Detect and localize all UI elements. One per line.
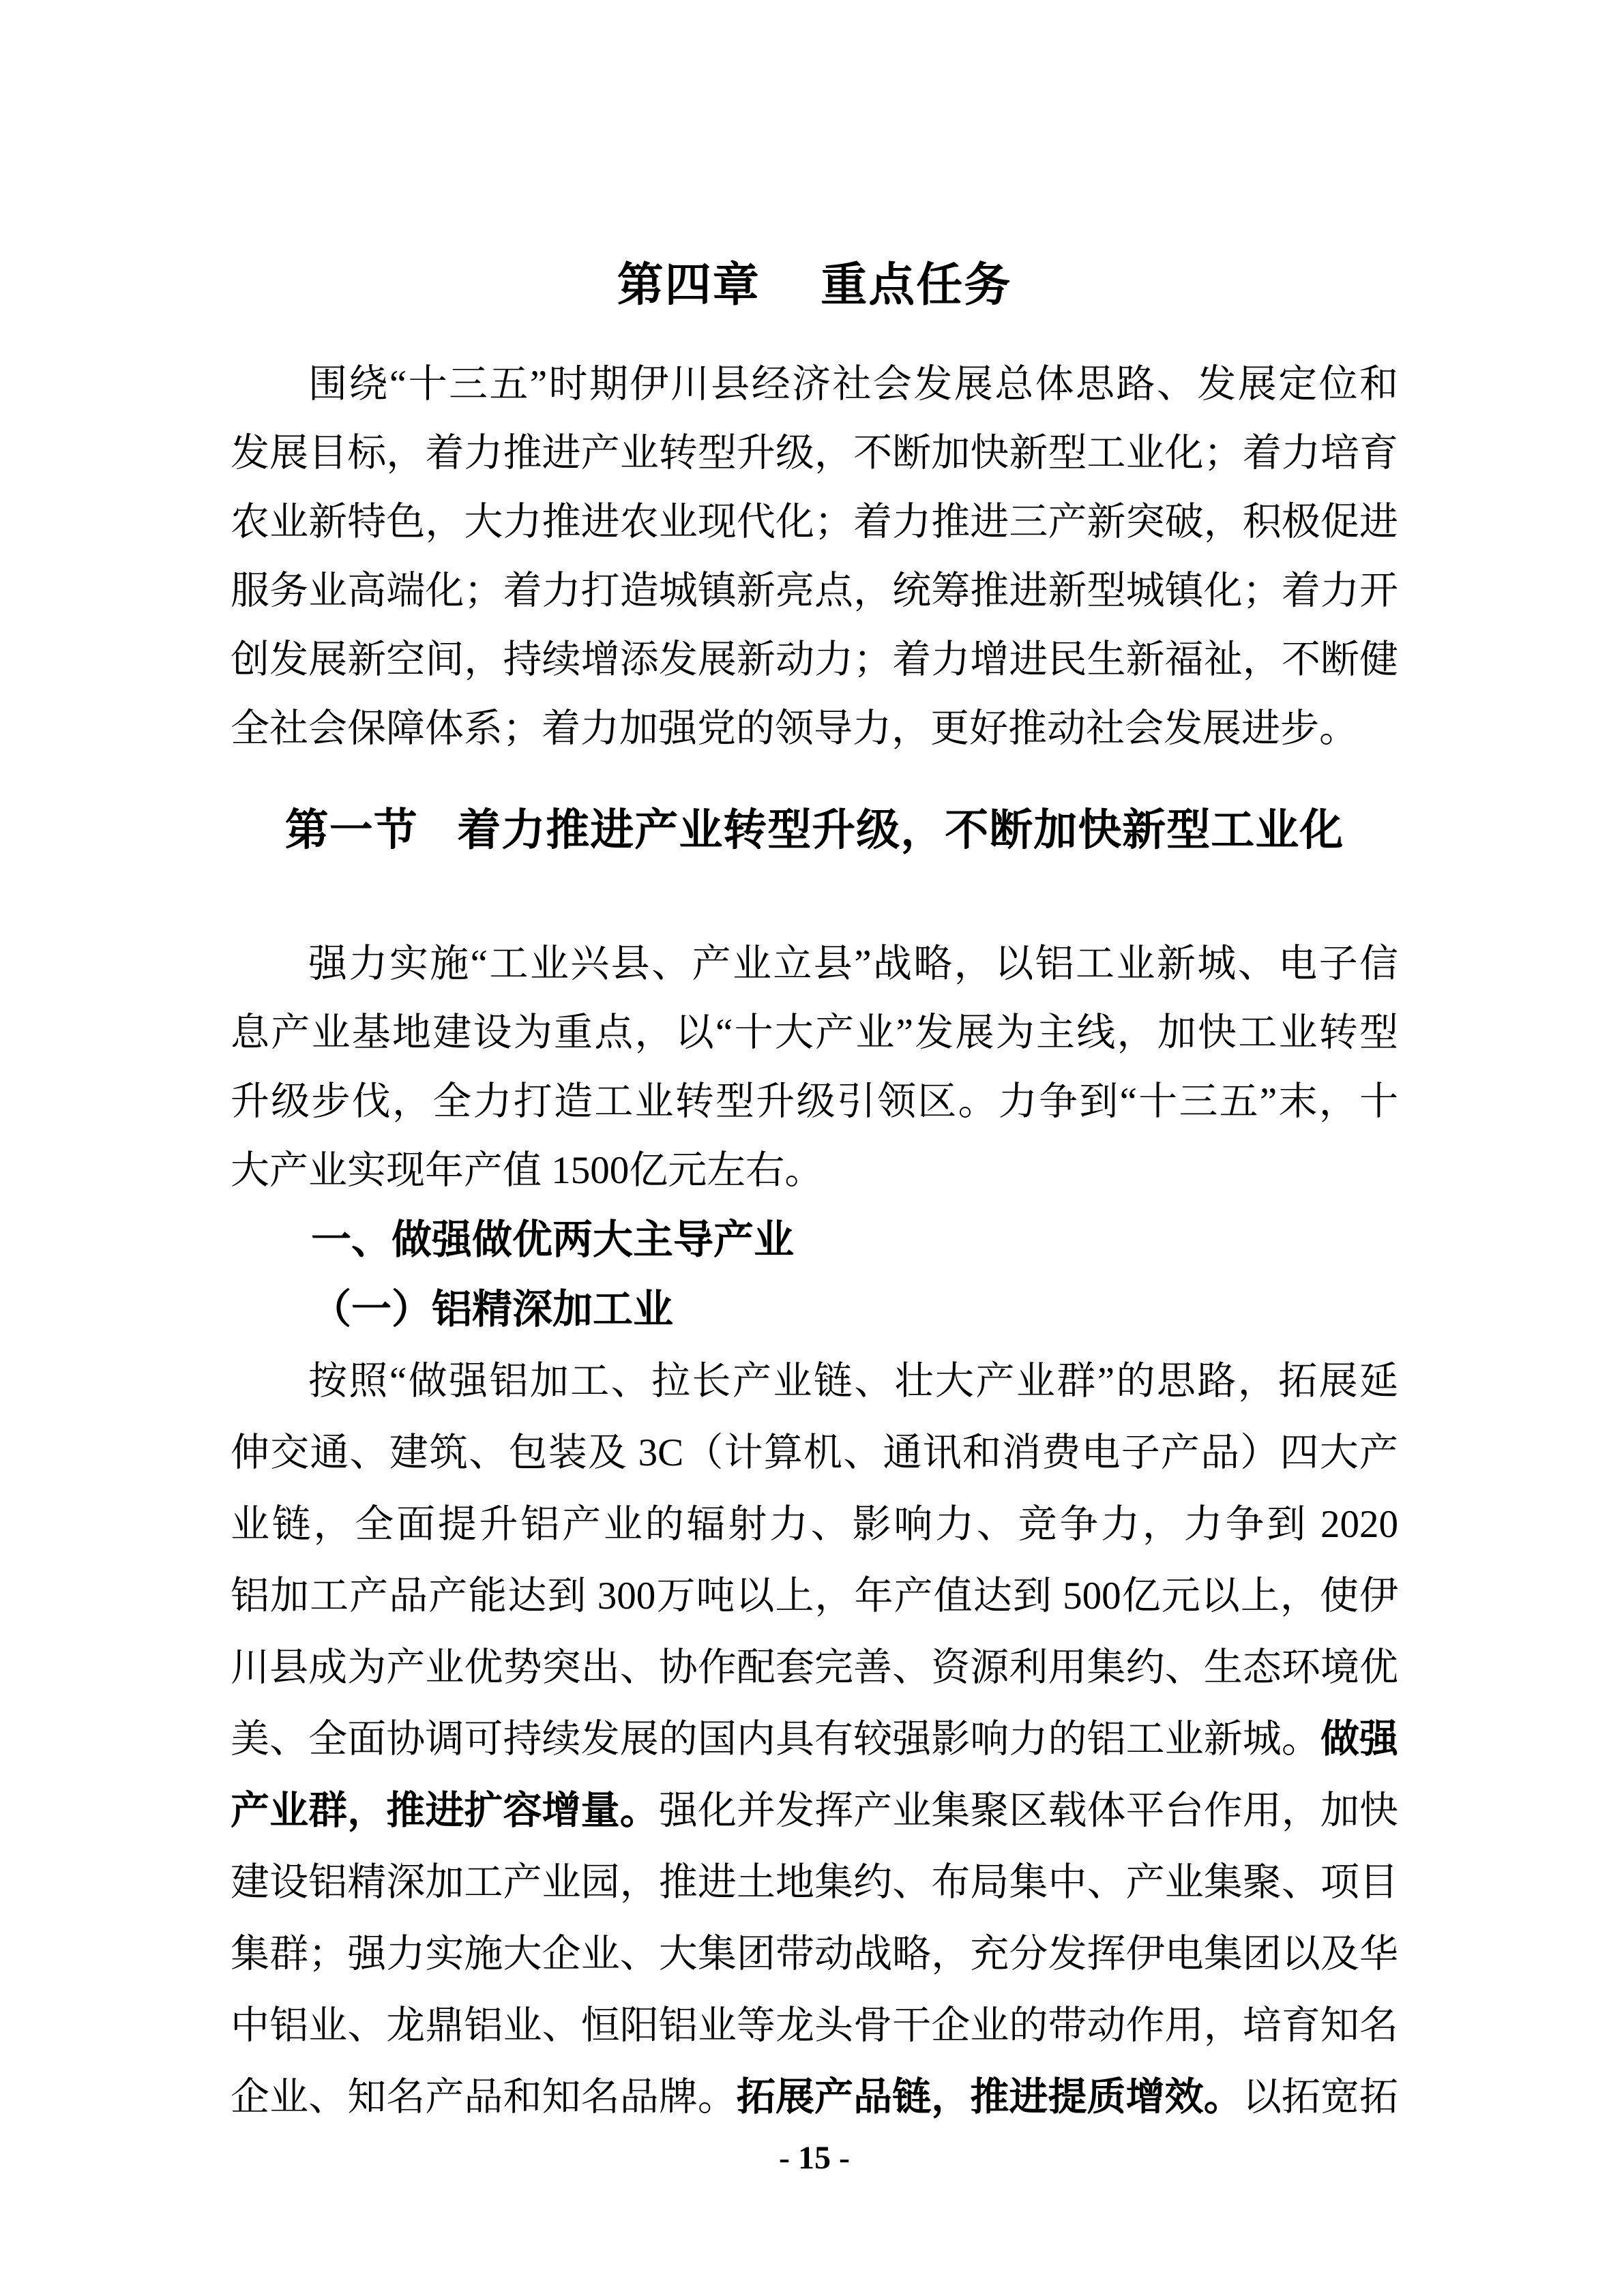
page-number: - 15 - [779,2140,850,2176]
text-segment: 伸交通、建筑、包装及 3C（计算机、通讯和消费电子产品）四大产 [231,1431,1398,1474]
bold-text-segment: 产业群，推进扩容增量。 [231,1789,659,1832]
text-line: 中铝业、龙鼎铝业、恒阳铝业等龙头骨干企业的带动作用，培育知名 [231,1990,1398,2061]
bold-text-segment: 拓展产品链，推进提质增效。 [737,2075,1243,2119]
text-line: 按照“做强铝加工、拉长产业链、壮大产业群”的思路，拓展延 [231,1345,1398,1417]
text-segment: 川县成为产业优势突出、协作配套完善、资源利用集约、生态环境优 [231,1646,1398,1689]
text-line: 息产业基地建设为重点，以“十大产业”发展为主线，加快工业转型 [231,998,1398,1067]
document-page: 第四章重点任务 围绕“十三五”时期伊川县经济社会发展总体思路、发展定位和 发展目… [0,0,1624,2296]
chapter-heading: 第四章重点任务 [231,251,1398,319]
subheading-two-main-industries: 一、做强做优两大主导产业 [231,1205,1398,1274]
section-heading: 第一节着力推进产业转型升级，不断加快新型工业化 [231,796,1398,864]
text-line: 美、全面协调可持续发展的国内具有较强影响力的铝工业新城。做强 [231,1703,1398,1775]
body-paragraph: 按照“做强铝加工、拉长产业链、壮大产业群”的思路，拓展延 伸交通、建筑、包装及 … [231,1345,1398,2133]
page-footer: - 15 - [231,2137,1398,2179]
text-line: 伸交通、建筑、包装及 3C（计算机、通讯和消费电子产品）四大产 [231,1417,1398,1489]
text-segment: 建设铝精深加工产业园，推进土地集约、布局集中、产业集聚、项目 [231,1861,1398,1904]
text-line: 全社会保障体系；着力加强党的领导力，更好推动社会发展进步。 [231,694,1398,763]
text-line: 创发展新空间，持续增添发展新动力；着力增进民生新福祉，不断健 [231,625,1398,694]
text-segment: 美、全面协调可持续发展的国内具有较强影响力的铝工业新城。 [231,1718,1320,1761]
text-segment: 按照“做强铝加工、拉长产业链、壮大产业群”的思路，拓展延 [308,1360,1398,1403]
chapter-number: 第四章 [617,259,761,311]
text-line: 企业、知名产品和知名品牌。拓展产品链，推进提质增效。以拓宽拓 [231,2061,1398,2133]
text-segment: 铝加工产品产能达到 300万吨以上，年产值达到 500亿元以上，使伊 [231,1575,1398,1617]
text-line: 集群；强力实施大企业、大集团带动战略，充分发挥伊电集团以及华 [231,1918,1398,1990]
text-segment: 以拓宽拓 [1243,2076,1398,2119]
text-line: 铝加工产品产能达到 300万吨以上，年产值达到 500亿元以上，使伊 [231,1560,1398,1632]
text-segment: 集群；强力实施大企业、大集团带动战略，充分发挥伊电集团以及华 [231,1933,1398,1976]
section-number: 第一节 [285,805,418,854]
intro-paragraph: 围绕“十三五”时期伊川县经济社会发展总体思路、发展定位和 发展目标，着力推进产业… [231,350,1398,763]
text-line: 发展目标，着力推进产业转型升级，不断加快新型工业化；着力培育 [231,419,1398,488]
text-line: 围绕“十三五”时期伊川县经济社会发展总体思路、发展定位和 [231,350,1398,419]
text-line: 大产业实现年产值 1500亿元左右。 [231,1136,1398,1205]
text-line: 产业群，推进扩容增量。强化并发挥产业集聚区载体平台作用，加快 [231,1775,1398,1847]
section-title: 着力推进产业转型升级，不断加快新型工业化 [457,805,1344,854]
text-line: 建设铝精深加工产业园，推进土地集约、布局集中、产业集聚、项目 [231,1847,1398,1918]
text-line: 升级步伐，全力打造工业转型升级引领区。力争到“十三五”末，十 [231,1067,1398,1136]
text-segment: 强化并发挥产业集聚区载体平台作用，加快 [659,1789,1398,1832]
text-segment: 业链，全面提升铝产业的辐射力、影响力、竞争力，力争到 2020年， [231,1503,1398,1560]
subheading-aluminum-processing: （一）铝精深加工业 [231,1274,1398,1344]
chapter-title: 重点任务 [821,259,1012,311]
text-line: 业链，全面提升铝产业的辐射力、影响力、竞争力，力争到 2020年， [231,1489,1398,1560]
page-content: 第四章重点任务 围绕“十三五”时期伊川县经济社会发展总体思路、发展定位和 发展目… [231,0,1398,2179]
text-line: 服务业高端化；着力打造城镇新亮点，统筹推进新型城镇化；着力开 [231,556,1398,625]
text-line: 川县成为产业优势突出、协作配套完善、资源利用集约、生态环境优 [231,1632,1398,1703]
text-segment: 中铝业、龙鼎铝业、恒阳铝业等龙头骨干企业的带动作用，培育知名 [231,2004,1398,2047]
text-line: 强力实施“工业兴县、产业立县”战略，以铝工业新城、电子信 [231,929,1398,998]
section-intro-paragraph: 强力实施“工业兴县、产业立县”战略，以铝工业新城、电子信 息产业基地建设为重点，… [231,929,1398,1205]
text-segment: 企业、知名产品和知名品牌。 [231,2076,737,2119]
text-line: 农业新特色，大力推进农业现代化；着力推进三产新突破，积极促进 [231,488,1398,556]
bold-text-segment: 做强 [1320,1717,1398,1761]
